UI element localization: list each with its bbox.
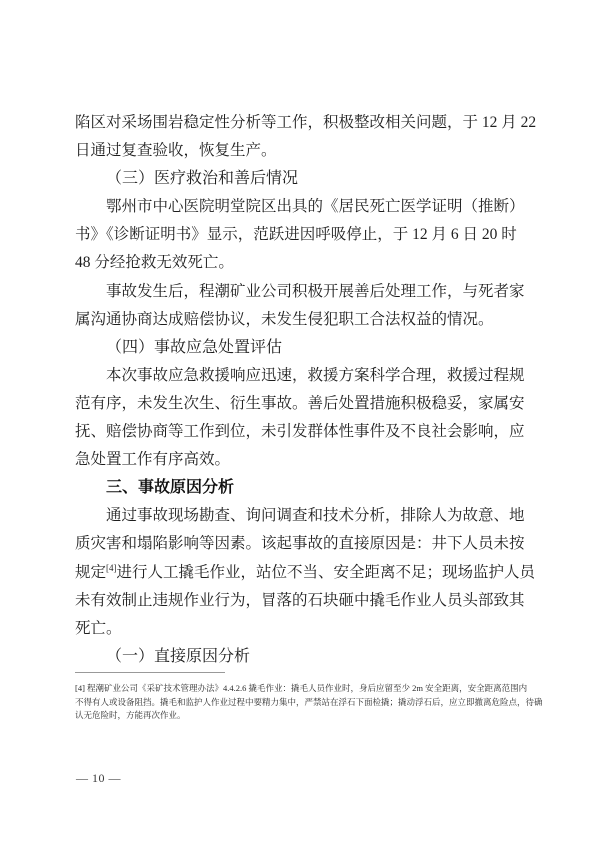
text-line: 48 分经抢救无效死亡。 [75,249,527,277]
section-heading: （一）直接原因分析 [75,643,527,671]
text-line: 未有效制止违规作业行为，冒落的石块砸中撬毛作业人员头部致其 [75,587,527,615]
text-line: 死亡。 [75,615,527,643]
page-number: — 10 — [76,771,121,786]
text-line: 规定[4]进行人工撬毛作业，站位不当、安全距离不足；现场监护人员 [75,559,527,587]
footnote-line: 认无危险时，方能再次作业。 [75,709,527,723]
footnote-reference: [4] [106,562,117,572]
section-heading: （四）事故应急处置评估 [75,334,527,362]
text-line: 鄂州市中心医院明堂院区出具的《居民死亡医学证明（推断） [75,193,527,221]
section-heading: （三）医疗救治和善后情况 [75,165,527,193]
text-segment: 进行人工撬毛作业，站位不当、安全距离不足；现场监护人员 [117,564,536,581]
footnote-separator [75,672,225,673]
footnote-line: [4] 程潮矿业公司《采矿技术管理办法》4.4.2.6 撬毛作业：撬毛人员作业时… [75,682,527,696]
text-line: 质灾害和塌陷影响等因素。该起事故的直接原因是：井下人员未按 [75,530,527,558]
document-body: 陷区对采场围岩稳定性分析等工作，积极整改相关问题，于 12 月 22日通过复查验… [75,109,527,671]
text-line: 事故发生后，程潮矿业公司积极开展善后处理工作，与死者家 [75,278,527,306]
footnote: [4] 程潮矿业公司《采矿技术管理办法》4.4.2.6 撬毛作业：撬毛人员作业时… [75,682,527,723]
text-line: 属沟通协商达成赔偿协议，未发生侵犯职工合法权益的情况。 [75,306,527,334]
text-line: 急处置工作有序高效。 [75,446,527,474]
text-line: 通过事故现场勘查、询问调查和技术分析，排除人为故意、地 [75,502,527,530]
document-page: 陷区对采场围岩稳定性分析等工作，积极整改相关问题，于 12 月 22日通过复查验… [0,0,600,849]
footnote-line: 不得有人或设备阻挡。撬毛和监护人作业过程中要精力集中，严禁站在浮石下面检撬；撬动… [75,696,527,710]
text-line: 书》《诊断证明书》显示，范跃进因呼吸停止，于 12 月 6 日 20 时 [75,221,527,249]
text-line: 抚、赔偿协商等工作到位，未引发群体性事件及不良社会影响，应 [75,418,527,446]
text-line: 陷区对采场围岩稳定性分析等工作，积极整改相关问题，于 12 月 22 [75,109,527,137]
section-heading: 三、事故原因分析 [75,474,527,502]
text-line: 范有序，未发生次生、衍生事故。善后处置措施积极稳妥，家属安 [75,390,527,418]
text-line: 日通过复查验收，恢复生产。 [75,137,527,165]
text-line: 本次事故应急救援响应迅速，救援方案科学合理，救援过程规 [75,362,527,390]
text-segment: 规定 [75,564,106,581]
